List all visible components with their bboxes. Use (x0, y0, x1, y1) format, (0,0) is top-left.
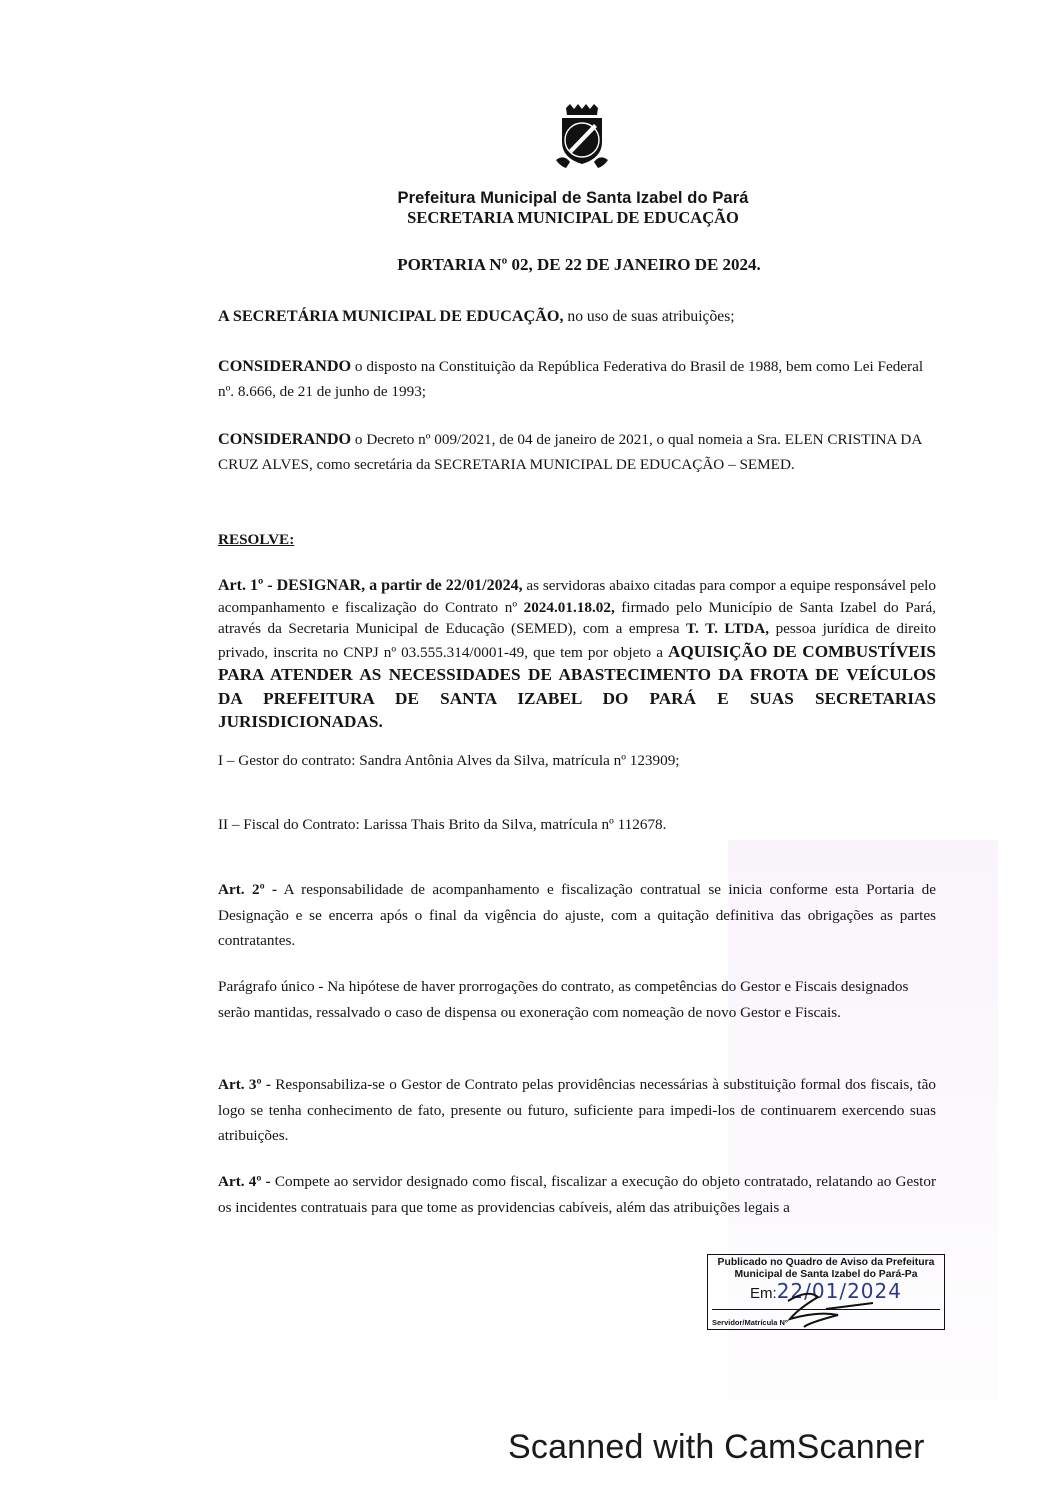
considerando-1: CONSIDERANDO o disposto na Constituição … (218, 354, 936, 404)
resolve-heading: RESOLVE: (218, 527, 936, 552)
document-title: PORTARIA Nº 02, DE 22 DE JANEIRO DE 2024… (50, 255, 1058, 275)
signature-icon (778, 1289, 878, 1329)
secretariat-name: SECRETARIA MUNICIPAL DE EDUCAÇÃO (44, 208, 1058, 228)
item-fiscal: II – Fiscal do Contrato: Larissa Thais B… (218, 812, 936, 837)
considerando-2: CONSIDERANDO o Decreto nº 009/2021, de 0… (218, 427, 936, 477)
article-1: Art. 1º - DESIGNAR, a partir de 22/01/20… (218, 575, 936, 734)
article-4: Art. 4º - Compete ao servidor designado … (218, 1169, 936, 1220)
item-gestor: I – Gestor do contrato: Sandra Antônia A… (218, 748, 936, 773)
paragrafo-unico: Parágrafo único - Na hipótese de haver p… (218, 974, 936, 1025)
article-3: Art. 3º - Responsabiliza-se o Gestor de … (218, 1072, 936, 1149)
publication-stamp: Publicado no Quadro de Aviso da Prefeitu… (707, 1254, 945, 1330)
coat-of-arms-icon (556, 104, 608, 170)
article-2: Art. 2º - A responsabilidade de acompanh… (218, 877, 936, 954)
camscanner-watermark: Scanned with CamScanner (508, 1428, 925, 1467)
servidor-label: Servidor/Matrícula Nº (712, 1317, 788, 1329)
stamp-line-1: Publicado no Quadro de Aviso da Prefeitu… (708, 1257, 944, 1269)
municipality-name: Prefeitura Municipal de Santa Izabel do … (44, 189, 1058, 208)
preamble: A SECRETÁRIA MUNICIPAL DE EDUCAÇÃO, no u… (218, 304, 936, 329)
document-page: Prefeitura Municipal de Santa Izabel do … (0, 0, 1058, 1497)
